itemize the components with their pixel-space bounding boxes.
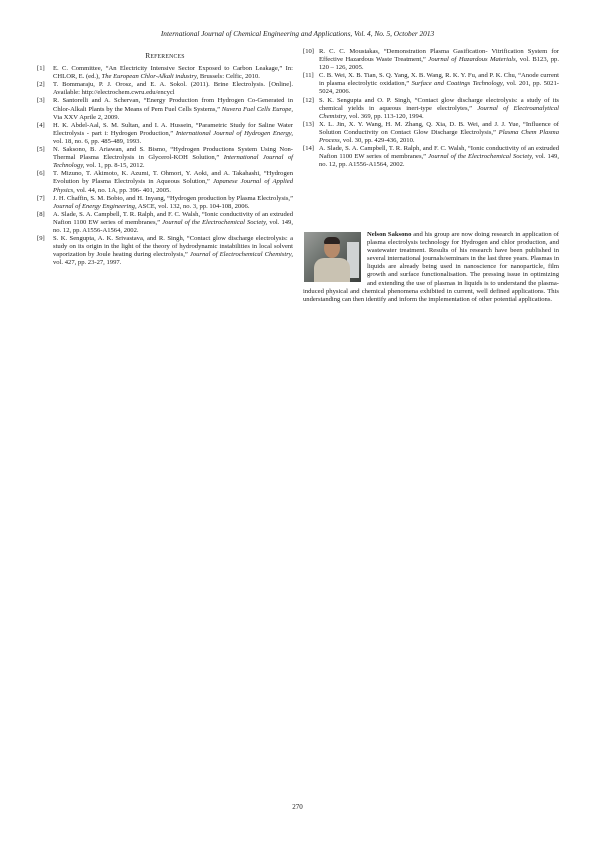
reference-details: vol. 18, no. 6, pp. 485-489, 1993. [53,138,141,145]
reference-text: A. Slade, S. A. Campbell, T. R. Ralph, a… [319,145,559,169]
reference-text: J. H. Chaffin, S. M. Bobio, and H. Inyan… [53,195,293,211]
reference-number: [2] [37,81,53,97]
reference-text: H. K. Abdel-Aal, S. M. Sultan, and I. A.… [53,122,293,146]
reference-number: [14] [303,145,319,169]
reference-number: [9] [37,235,53,267]
running-header: International Journal of Chemical Engine… [0,29,595,38]
author-name: Nelson Saksono [367,231,411,238]
reference-text: R. C. C. Moustakas, “Demonstration Plasm… [319,48,559,72]
reference-item: [12]S. K. Sengupta and O. P. Singh, “Con… [303,97,559,121]
reference-item: [10]R. C. C. Moustakas, “Demonstration P… [303,48,559,72]
reference-item: [1]E. C. Committee, “An Electricity Inte… [37,65,293,81]
reference-number: [7] [37,195,53,211]
reference-number: [4] [37,122,53,146]
reference-item: [5]N. Saksono, B. Ariawan, and S. Bismo,… [37,146,293,170]
reference-text: S. K. Sengupta, A. K. Srivastava, and R.… [53,235,293,267]
author-photo [304,232,361,282]
reference-text: A. Slade, S. A. Campbell, T. R. Ralph, a… [53,211,293,235]
reference-number: [1] [37,65,53,81]
reference-details: vol. 30, pp. 429-436, 2010. [341,137,414,144]
reference-source: Journal of Energy Engineering, [53,203,137,210]
reference-source: Nuvera Fuel Cells Europe, [222,106,293,113]
reference-text: T. Mizuno, T. Akimoto, K. Azumi, T. Ohmo… [53,170,293,194]
reference-details: vol. 1, pp. 8-15, 2012. [84,162,144,169]
heading-rest: EFERENCES [150,54,184,60]
reference-source: Surface and Coatings Technology, [412,80,505,87]
reference-number: [3] [37,97,53,121]
reference-item: [3]R. Santorelli and A. Schervan, “Energ… [37,97,293,121]
reference-text: C. B. Wei, X. B. Tian, S. Q. Yang, X. B.… [319,72,559,96]
reference-text: E. C. Committee, “An Electricity Intensi… [53,65,293,81]
author-biography: Nelson Saksono and his group are now doi… [303,231,559,304]
reference-number: [6] [37,170,53,194]
reference-text: S. K. Sengupta and O. P. Singh, “Contact… [319,97,559,121]
reference-item: [6]T. Mizuno, T. Akimoto, K. Azumi, T. O… [37,170,293,194]
reference-source: Journal of the Electrochemical Society, [162,219,267,226]
reference-text: X. L. Jin, X. Y. Wang, H. M. Zhang, Q. X… [319,121,559,145]
reference-details: vol. 44, no. 1A, pp. 396- 401, 2005. [75,187,171,194]
page-number: 270 [0,803,595,811]
reference-source: The European Chlor-Alkali industry, [102,73,199,80]
reference-number: [13] [303,121,319,145]
reference-item: [8]A. Slade, S. A. Campbell, T. R. Ralph… [37,211,293,235]
reference-source: Journal of Electrochemical Chemistry, [190,251,293,258]
reference-item: [13]X. L. Jin, X. Y. Wang, H. M. Zhang, … [303,121,559,145]
references-column-right: [10]R. C. C. Moustakas, “Demonstration P… [303,48,559,169]
reference-item: [9]S. K. Sengupta, A. K. Srivastava, and… [37,235,293,267]
reference-source: Journal of Hazardous Materials, [428,56,517,63]
reference-item: [7]J. H. Chaffin, S. M. Bobio, and H. In… [37,195,293,211]
reference-item: [2]T. Bommaraju, P. J. Orosz, and E. A. … [37,81,293,97]
reference-source: Journal of the Electrochemical Society, [428,153,533,160]
reference-number: [10] [303,48,319,72]
reference-text: T. Bommaraju, P. J. Orosz, and E. A. Sok… [53,81,293,97]
reference-details: vol. 369, pp. 113-120, 1994. [347,113,423,120]
reference-authors-title: T. Bommaraju, P. J. Orosz, and E. A. Sok… [53,81,293,96]
reference-details: ASCE, vol. 132, no. 3, pp. 104-108, 2006… [137,203,250,210]
reference-number: [5] [37,146,53,170]
reference-details: Via XXV Aprile 2, 2009. [53,114,119,121]
reference-text: N. Saksono, B. Ariawan, and S. Bismo, “H… [53,146,293,170]
reference-number: [12] [303,97,319,121]
reference-item: [11]C. B. Wei, X. B. Tian, S. Q. Yang, X… [303,72,559,96]
reference-item: [14]A. Slade, S. A. Campbell, T. R. Ralp… [303,145,559,169]
reference-details: vol. 427, pp. 23-27, 1997. [53,259,121,266]
references-heading: REFERENCES [37,52,293,61]
reference-details: Brussels: Celfic, 2010. [198,73,260,80]
reference-text: R. Santorelli and A. Schervan, “Energy P… [53,97,293,121]
reference-item: [4]H. K. Abdel-Aal, S. M. Sultan, and I.… [37,122,293,146]
reference-authors-title: J. H. Chaffin, S. M. Bobio, and H. Inyan… [53,195,293,202]
references-column-left: REFERENCES [1]E. C. Committee, “An Elect… [37,52,293,267]
reference-source: International Journal of Hydrogen Energy… [176,130,293,137]
reference-number: [11] [303,72,319,96]
reference-number: [8] [37,211,53,235]
